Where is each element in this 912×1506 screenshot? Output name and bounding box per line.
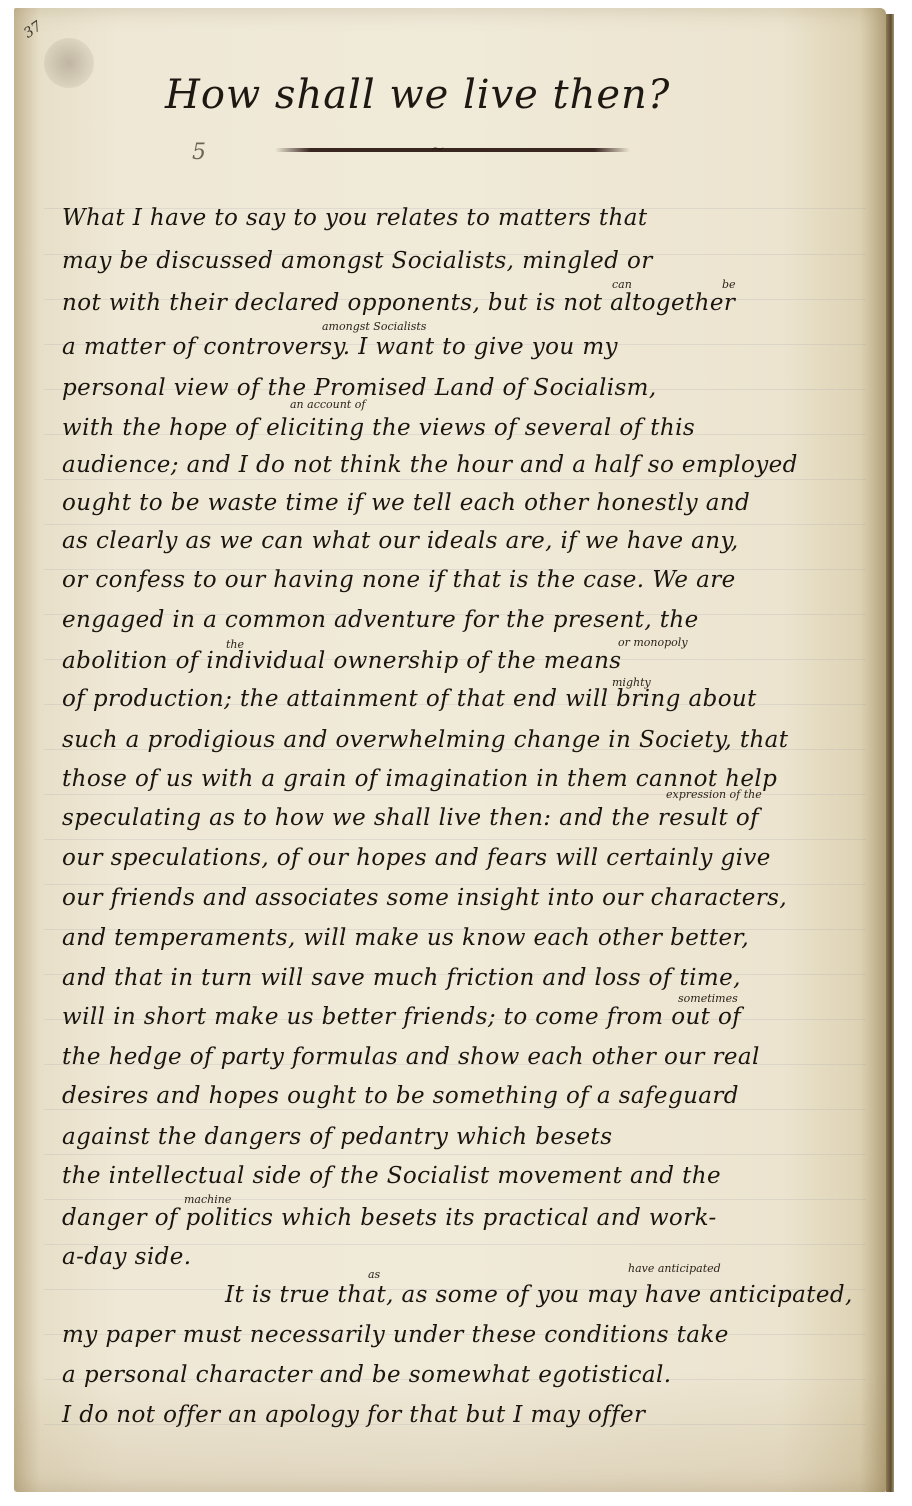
interlinear-insertion: or monopoly (618, 636, 688, 649)
interlinear-insertion: as (368, 1268, 380, 1281)
manuscript-line: not with their declared opponents, but i… (62, 290, 735, 316)
manuscript-line: a personal character and be somewhat ego… (62, 1362, 671, 1388)
manuscript-line: may be discussed amongst Socialists, min… (62, 248, 653, 274)
margin-mark: 5 (192, 140, 206, 165)
manuscript-line: or confess to our having none if that is… (62, 567, 736, 593)
ruled-line (44, 1199, 866, 1200)
manuscript-line: against the dangers of pedantry which be… (62, 1124, 612, 1150)
interlinear-insertion: sometimes (678, 992, 738, 1005)
manuscript-line: as clearly as we can what our ideals are… (62, 528, 739, 554)
interlinear-insertion: mighty (612, 676, 651, 689)
flourish-ornament: ~ (430, 138, 445, 159)
interlinear-insertion: amongst Socialists (322, 320, 426, 333)
manuscript-line: our friends and associates some insight … (62, 885, 787, 911)
manuscript-line: my paper must necessarily under these co… (62, 1322, 729, 1348)
manuscript-line: with the hope of eliciting the views of … (62, 415, 695, 441)
manuscript-line: I do not offer an apology for that but I… (62, 1402, 645, 1428)
manuscript-line: the intellectual side of the Socialist m… (62, 1163, 721, 1189)
manuscript-line: a-day side. (62, 1244, 191, 1270)
title-underline-flourish (275, 148, 630, 152)
manuscript-line: of production; the attainment of that en… (62, 686, 757, 712)
manuscript-line: danger of politics which besets its prac… (62, 1205, 717, 1231)
ruled-line (44, 524, 866, 525)
ruled-line (44, 1154, 866, 1155)
manuscript-line: and that in turn will save much friction… (62, 965, 741, 991)
manuscript-line: ought to be waste time if we tell each o… (62, 490, 750, 516)
ruled-line (44, 479, 866, 480)
interlinear-insertion: have anticipated (628, 1262, 721, 1275)
interlinear-insertion: an account of (290, 398, 365, 411)
manuscript-line: engaged in a common adventure for the pr… (62, 607, 699, 633)
manuscript-line: our speculations, of our hopes and fears… (62, 845, 771, 871)
ruled-line (44, 839, 866, 840)
manuscript-line: What I have to say to you relates to mat… (62, 205, 648, 231)
manuscript-line: audience; and I do not think the hour an… (62, 452, 798, 478)
interlinear-insertion: expression of the (666, 788, 762, 801)
interlinear-insertion: the (226, 638, 244, 651)
interlinear-insertion: be (722, 278, 736, 291)
manuscript-line: the hedge of party formulas and show eac… (62, 1044, 760, 1070)
ink-stain (44, 38, 94, 88)
book-spine-edge (886, 14, 894, 1492)
manuscript-line: a matter of controversy. I want to give … (62, 334, 618, 360)
manuscript-line: desires and hopes ought to be something … (62, 1083, 739, 1109)
manuscript-line: speculating as to how we shall live then… (62, 805, 759, 831)
interlinear-insertion: machine (184, 1193, 231, 1206)
ruled-line (44, 1109, 866, 1110)
manuscript-line: such a prodigious and overwhelming chang… (62, 727, 788, 753)
manuscript-line: and temperaments, will make us know each… (62, 925, 749, 951)
manuscript-line: abolition of individual ownership of the… (62, 648, 622, 674)
manuscript-line-indented: It is true that, as some of you may have… (225, 1282, 853, 1308)
manuscript-line: will in short make us better friends; to… (62, 1004, 741, 1030)
page-title: How shall we live then? (165, 72, 670, 118)
interlinear-insertion: can (612, 278, 632, 291)
